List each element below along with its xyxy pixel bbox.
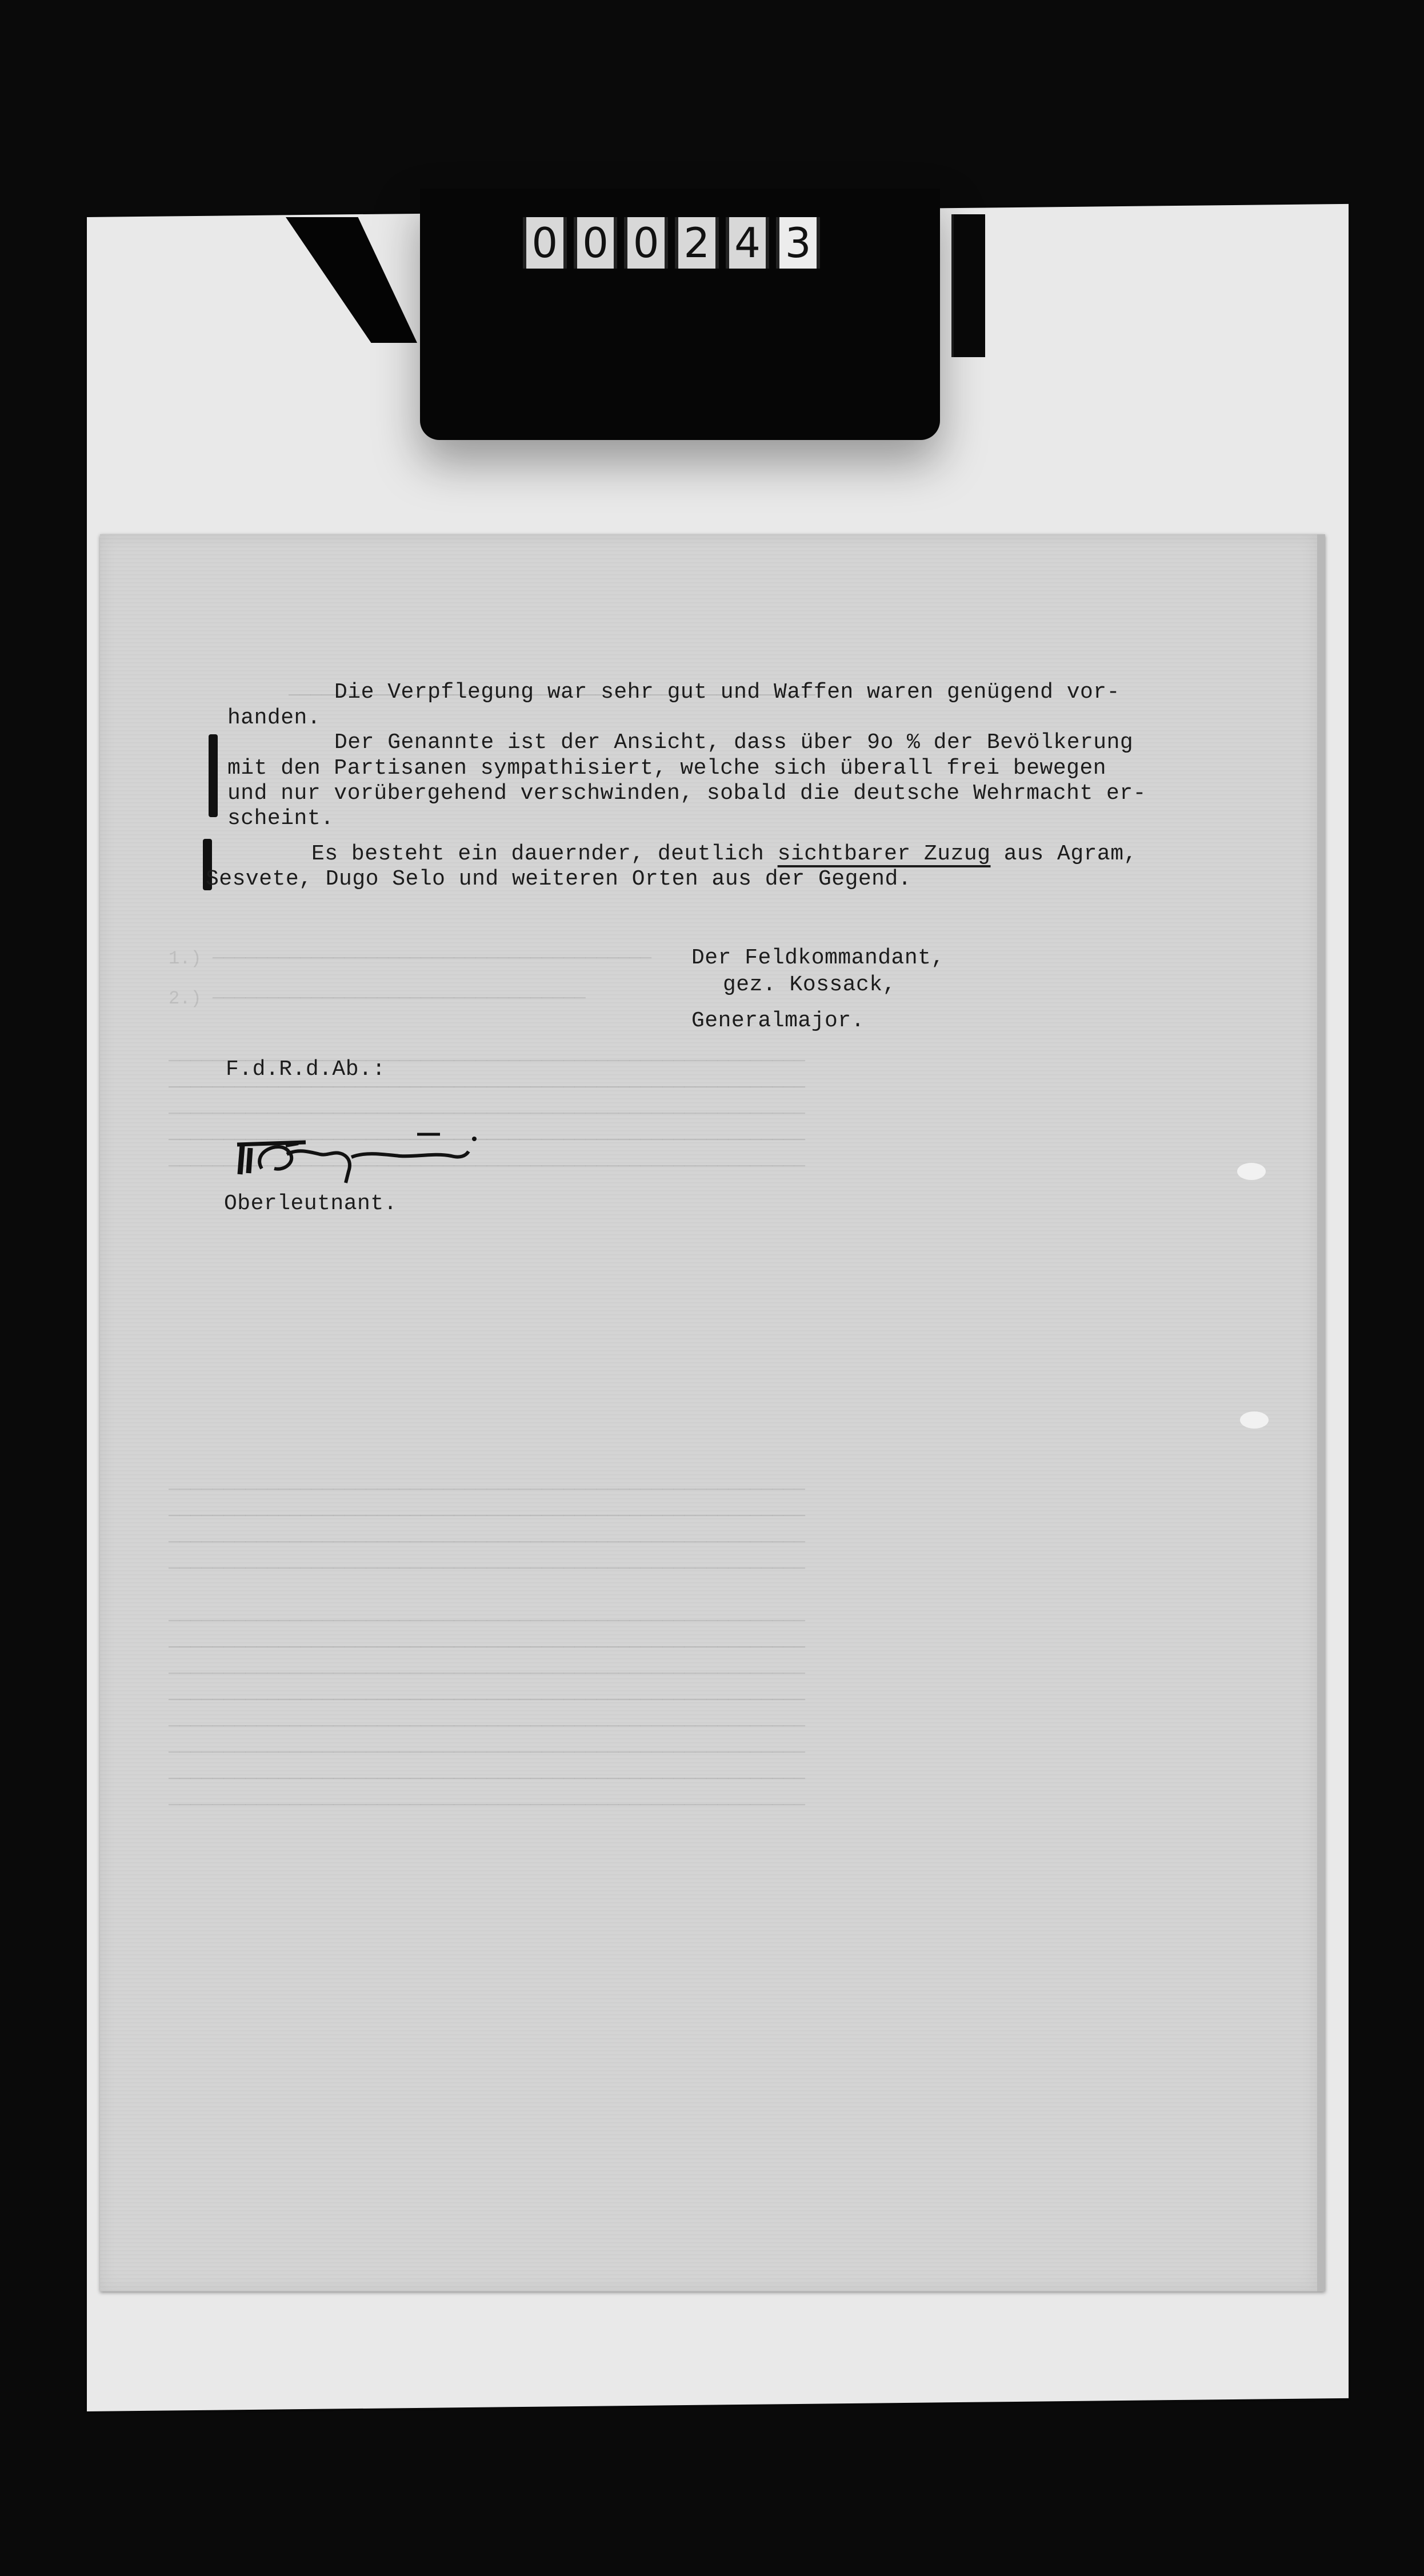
paragraph-2-line-1: Der Genannte ist der Ansicht, dass über …	[334, 730, 1133, 755]
paragraph-2-line-2: mit den Partisanen sympathisiert, welche…	[227, 756, 1106, 781]
certification-rank: Oberleutnant.	[224, 1191, 397, 1217]
paragraph-2-line-4: scheint.	[227, 806, 334, 831]
paragraph-2-line-3: und nur vorübergehend verschwinden, soba…	[227, 781, 1146, 806]
paragraph-3-line-1-tail: aus Agram,	[991, 842, 1137, 866]
counter-knob	[951, 214, 985, 357]
punch-hole	[1237, 1163, 1266, 1180]
punch-hole	[1240, 1411, 1269, 1429]
counter-digit: 0	[624, 217, 668, 269]
bleed-through-text: 2.) ──────────────────────────────────	[169, 986, 586, 1012]
closing-signed: gez. Kossack,	[723, 973, 896, 998]
paragraph-3-line-2: Sesvete, Dugo Selo und weiteren Orten au…	[206, 867, 911, 892]
handwritten-signature	[234, 1129, 486, 1191]
counter-digit: 0	[574, 217, 618, 269]
counter-digit: 0	[523, 217, 567, 269]
margin-mark	[209, 734, 218, 817]
counter-digit: 2	[675, 217, 719, 269]
closing-rank: Generalmajor.	[691, 1009, 865, 1034]
paragraph-3-line-1-text: Es besteht ein dauernder, deutlich	[311, 842, 778, 866]
paragraph-1-line-1: Die Verpflegung war sehr gut und Waffen …	[334, 680, 1120, 705]
underlined-phrase: sichtbarer Zuzug	[778, 842, 991, 866]
bleed-through-text: 1.) ────────────────────────────────────…	[169, 946, 651, 972]
counter-digit: 3	[776, 217, 820, 269]
certification-label: F.d.R.d.Ab.:	[226, 1057, 386, 1082]
paragraph-3-line-1: Es besteht ein dauernder, deutlich sicht…	[311, 842, 1137, 867]
counter-digit: 4	[726, 217, 770, 269]
counter-display: 0 0 0 2 4 3	[523, 214, 820, 271]
paragraph-1-line-2: handen.	[227, 706, 321, 731]
closing-office: Der Feldkommandant,	[691, 946, 945, 971]
bleed-through-text: ────────────────────────────────────────…	[169, 1477, 805, 1819]
